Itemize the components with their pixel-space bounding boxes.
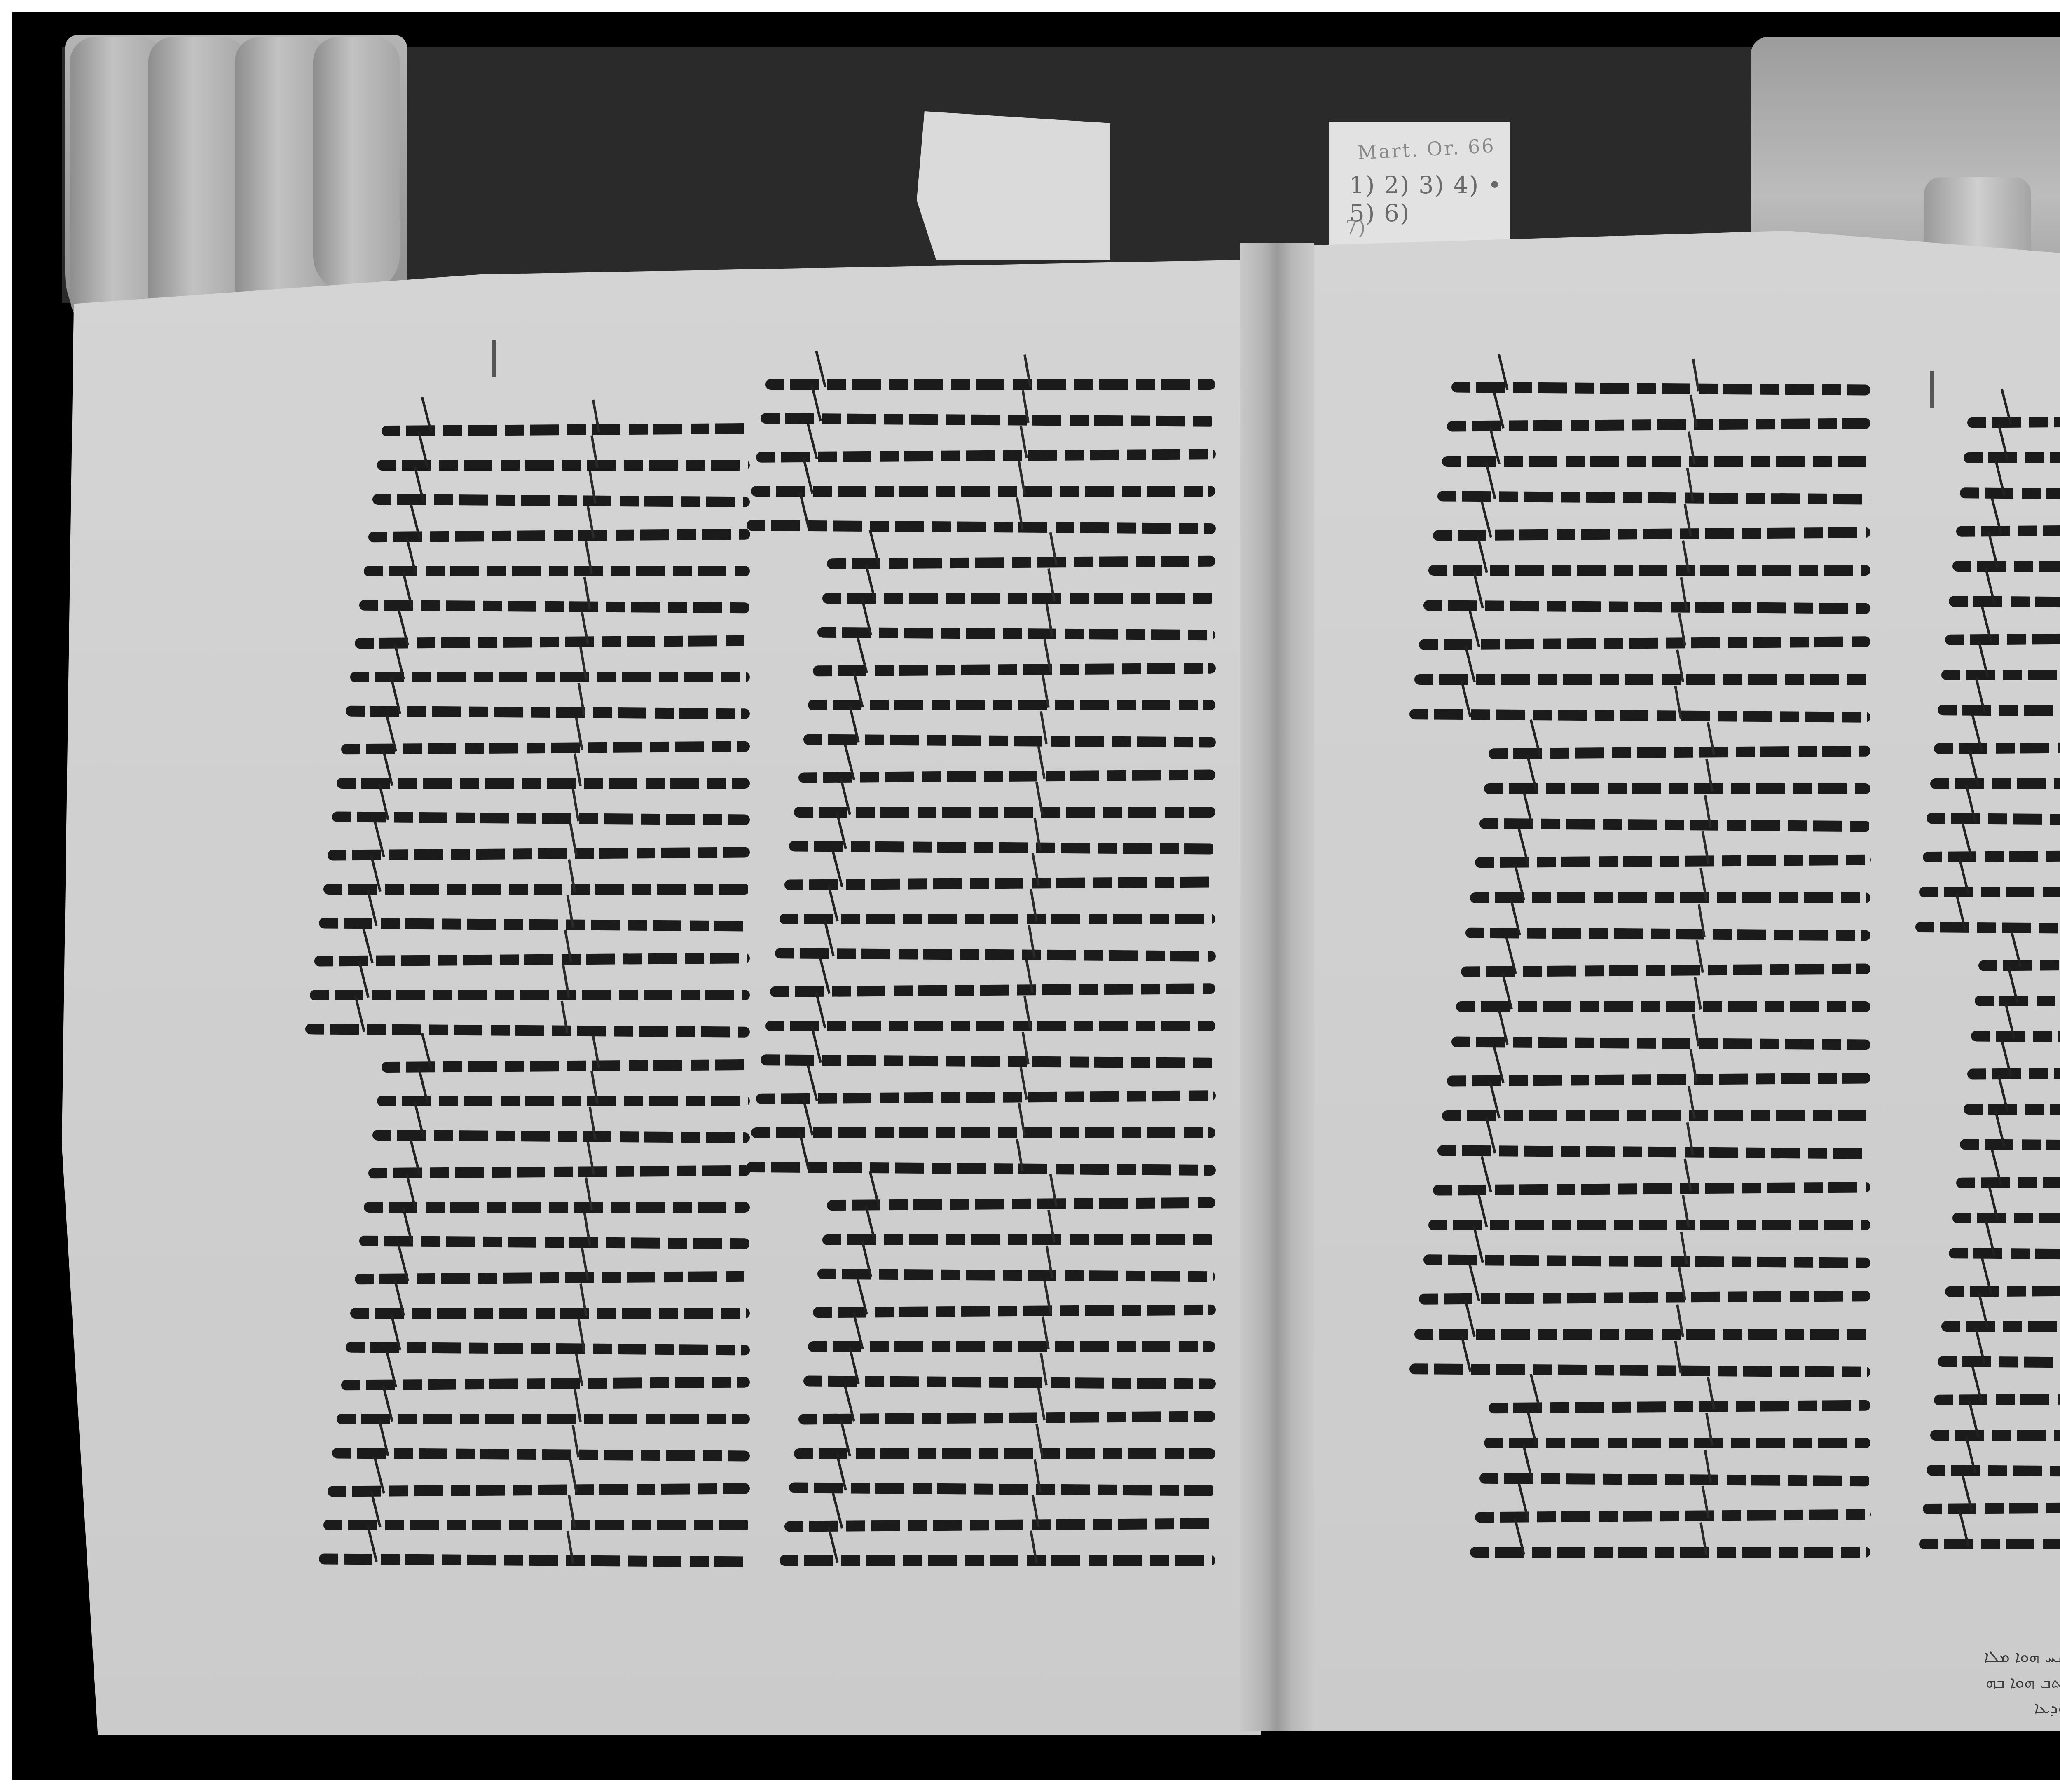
bottom-marginal-note: ܠܐ ܫܟܝܚ ܗܘܐ ܡܠܐ ܠܐ ܡܟܬܒ ܗܘܐ ܒܗ ܐܝܟ ܡܘܕܥܐ (1953, 1644, 2060, 1726)
script-line (1949, 596, 2060, 609)
text-column-left-outer (301, 424, 750, 1566)
marginal-note-line: ܠܐ ܡܟܬܒ ܗܘܐ ܒܗ (1953, 1670, 2060, 1695)
text-column-left-inner (742, 379, 1215, 1566)
script-line (364, 566, 750, 576)
script-line (319, 918, 750, 931)
script-line (1971, 1031, 2060, 1043)
script-line (1941, 1321, 2060, 1332)
script-line (761, 1054, 1215, 1068)
script-line (1952, 1213, 2060, 1223)
shelfmark-tag: Mart. Or. 66 1) 2) 3) 4) • 5) 6) 7) (1329, 122, 1510, 258)
text-column-right-outer (1912, 416, 2060, 1549)
script-line (761, 413, 1215, 427)
script-line (1447, 1073, 1870, 1086)
script-line (355, 1271, 750, 1285)
script-line (798, 1411, 1215, 1425)
script-line (1960, 487, 2060, 500)
script-line (812, 1304, 1215, 1318)
script-line (1475, 855, 1870, 868)
script-line (784, 1518, 1215, 1532)
shelfmark-line2: 1) 2) 3) 4) • 5) 6) (1349, 171, 1510, 227)
script-line (1451, 382, 1870, 395)
script-line (368, 1165, 750, 1178)
script-line (822, 1234, 1216, 1245)
script-line (827, 1197, 1215, 1211)
script-line (346, 1342, 750, 1355)
script-line (314, 953, 750, 967)
script-line (1484, 783, 1870, 794)
script-line (372, 494, 750, 507)
script-line (1945, 632, 2060, 645)
script-line (798, 770, 1215, 783)
script-line (794, 807, 1216, 818)
script-line (1470, 1547, 1870, 1558)
script-line (355, 635, 750, 649)
script-line (1456, 1001, 1870, 1012)
script-line (1960, 1139, 2060, 1152)
book-gutter (1240, 243, 1314, 1731)
script-line (1433, 1182, 1870, 1195)
script-line (1428, 565, 1871, 576)
script-line (337, 778, 750, 789)
script-line (372, 1130, 750, 1143)
script-line (822, 593, 1216, 604)
script-line (1409, 1363, 1870, 1377)
script-line (817, 1269, 1215, 1282)
script-line (1923, 1501, 2060, 1514)
script-line (1938, 1356, 2060, 1369)
script-line (756, 449, 1215, 463)
script-line (1442, 456, 1870, 467)
manuscript-photograph: Mart. Or. 66 1) 2) 3) 4) • 5) 6) 7) ✦ ܠܐ… (12, 12, 2060, 1780)
script-line (1433, 527, 1870, 541)
script-line (1414, 674, 1870, 685)
script-line (1423, 600, 1870, 614)
script-line (1964, 452, 2060, 463)
marginal-note-line: ܠܐ ܫܟܝܚ ܗܘܐ ܡܠܐ (1953, 1644, 2060, 1670)
script-line (1967, 415, 2060, 428)
script-line (1437, 1145, 1870, 1159)
script-line (1952, 561, 2060, 572)
script-line (350, 672, 750, 682)
script-line (1451, 1036, 1870, 1050)
script-line (1930, 1430, 2060, 1441)
script-line (775, 948, 1215, 961)
script-line (323, 1520, 750, 1530)
script-line (1927, 1465, 2060, 1478)
script-line (789, 1482, 1215, 1496)
script-line (1930, 778, 2060, 789)
script-line (1475, 1509, 1870, 1523)
script-line (323, 884, 750, 895)
script-line (377, 1096, 750, 1106)
left-page-folio-mark (492, 340, 496, 377)
script-line (817, 627, 1215, 641)
script-line (1414, 1329, 1870, 1340)
script-line (382, 423, 750, 436)
script-line (751, 1127, 1215, 1138)
script-line (756, 1090, 1215, 1104)
script-line (337, 1414, 750, 1424)
script-line (1437, 491, 1870, 504)
script-line (803, 734, 1215, 747)
script-line (305, 1024, 750, 1038)
right-page-folio-mark (1930, 371, 1934, 408)
script-line (328, 1483, 750, 1497)
script-line (1934, 1392, 2060, 1405)
marginal-note-line: ܐܝܟ ܡܘܕܥܐ (1953, 1695, 2060, 1721)
script-line (1428, 1220, 1871, 1230)
script-line (1470, 892, 1870, 903)
script-line (1915, 922, 2060, 935)
script-line (1461, 964, 1871, 977)
script-line (812, 663, 1215, 676)
script-line (1945, 1284, 2060, 1297)
script-line (377, 460, 750, 471)
script-line (1956, 1175, 2060, 1188)
script-line (350, 1308, 750, 1319)
script-line (1447, 418, 1870, 432)
script-line (319, 1553, 750, 1567)
left-hand-finger (313, 37, 400, 293)
script-line (1479, 1473, 1870, 1486)
script-line (784, 876, 1215, 890)
script-line (808, 700, 1215, 710)
script-line (310, 990, 750, 1000)
shelfmark-line3: 7) (1345, 216, 1365, 239)
blank-paper-slip (917, 111, 1110, 260)
script-line (382, 1059, 750, 1072)
script-line (346, 706, 750, 719)
script-line (1927, 813, 2060, 826)
script-line (1978, 958, 2060, 971)
text-column-right-inner (1405, 383, 1870, 1558)
script-line (1442, 1110, 1870, 1121)
script-line (1919, 887, 2060, 897)
script-line (1465, 927, 1870, 941)
script-line (1479, 818, 1870, 832)
script-line (770, 983, 1215, 997)
script-line (803, 1375, 1215, 1389)
script-line (359, 600, 750, 613)
script-line (1489, 1400, 1870, 1413)
script-line (780, 1555, 1215, 1566)
script-line (808, 1341, 1215, 1352)
script-line (765, 1021, 1216, 1031)
script-line (328, 847, 750, 860)
script-line (1409, 709, 1870, 723)
script-line (1975, 996, 2060, 1006)
script-line (794, 1448, 1216, 1459)
script-line (1934, 741, 2060, 754)
script-line (1941, 670, 2060, 680)
script-line (1484, 1438, 1870, 1448)
script-line (827, 556, 1215, 569)
script-line (341, 741, 750, 754)
script-line (765, 379, 1216, 390)
script-line (1419, 636, 1870, 650)
script-line (341, 1377, 750, 1391)
script-line (1919, 1539, 2060, 1549)
script-line (746, 520, 1215, 534)
shelfmark-line1: Mart. Or. 66 (1357, 134, 1496, 164)
script-line (746, 1162, 1215, 1176)
script-line (789, 841, 1215, 855)
script-line (1419, 1291, 1870, 1305)
script-line (1938, 705, 2060, 718)
script-line (1489, 745, 1870, 759)
script-line (1949, 1248, 2060, 1261)
script-line (332, 1448, 750, 1461)
script-line (1964, 1104, 2060, 1115)
script-line (1423, 1254, 1870, 1268)
script-line (1923, 849, 2060, 862)
script-line (359, 1236, 750, 1249)
script-line (332, 812, 750, 825)
script-line (364, 1202, 750, 1213)
script-line (780, 914, 1215, 924)
script-line (1956, 524, 2060, 537)
script-line (1967, 1067, 2060, 1080)
script-line (368, 529, 750, 542)
script-line (751, 486, 1215, 497)
